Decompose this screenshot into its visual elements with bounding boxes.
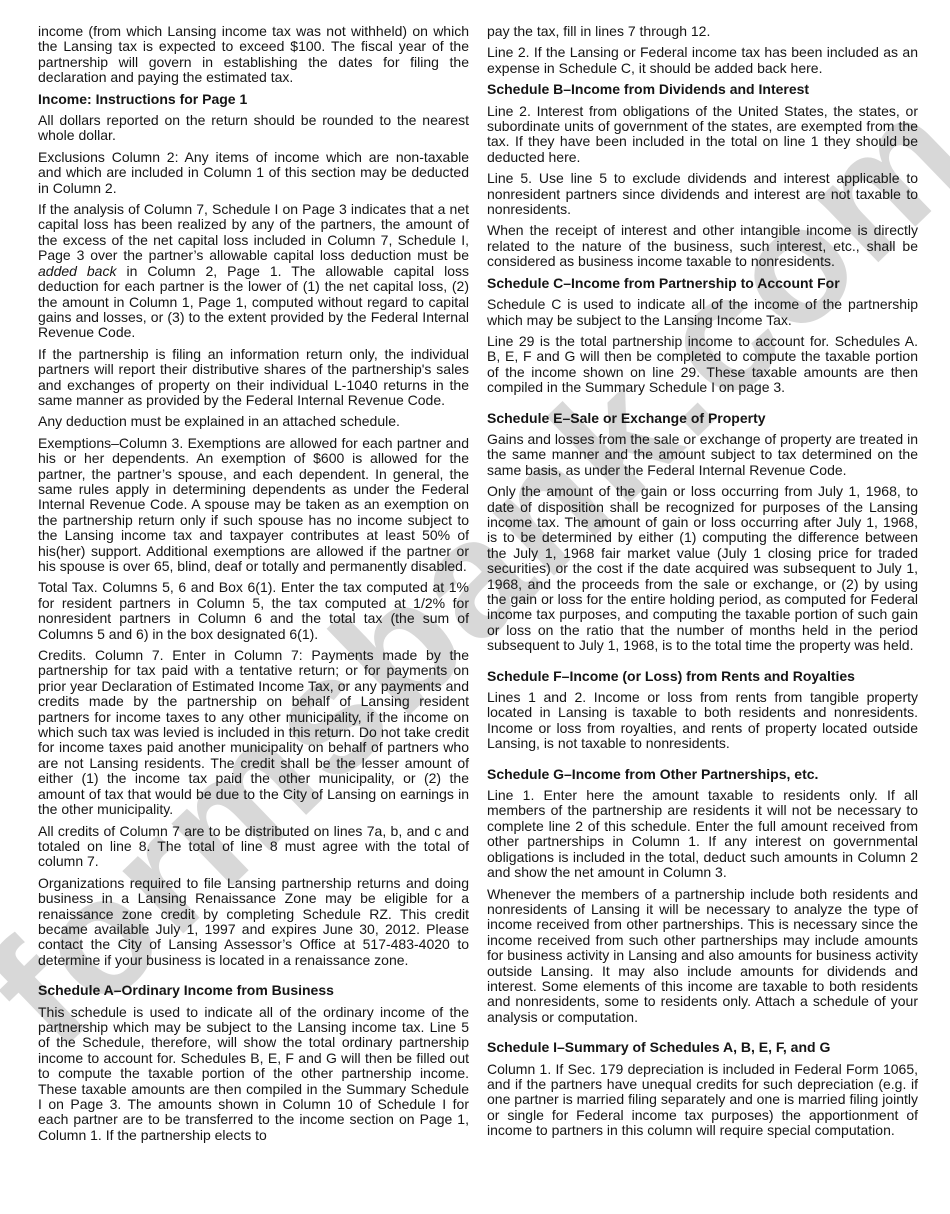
paragraph: Line 5. Use line 5 to exclude dividends …: [487, 171, 918, 217]
paragraph: All credits of Column 7 are to be distri…: [38, 824, 469, 870]
paragraph: If the analysis of Column 7, Schedule I …: [38, 202, 469, 341]
paragraph: Whenever the members of a partnership in…: [487, 887, 918, 1026]
paragraph: This schedule is used to indicate all of…: [38, 1005, 469, 1144]
section-heading: Schedule I–Summary of Schedules A, B, E,…: [487, 1040, 918, 1055]
paragraph: Line 2. If the Lansing or Federal income…: [487, 45, 918, 76]
section-heading: Schedule G–Income from Other Partnership…: [487, 767, 918, 782]
paragraph: When the receipt of interest and other i…: [487, 223, 918, 269]
paragraph: Column 1. If Sec. 179 depreciation is in…: [487, 1062, 918, 1139]
paragraph: Total Tax. Columns 5, 6 and Box 6(1). En…: [38, 580, 469, 642]
document-page: formsbank.com income (from which Lansing…: [0, 0, 950, 1214]
paragraph: Lines 1 and 2. Income or loss from rents…: [487, 690, 918, 752]
paragraph: income (from which Lansing income tax wa…: [38, 24, 469, 86]
paragraph: If the partnership is filing an informat…: [38, 347, 469, 409]
paragraph: Line 2. Interest from obligations of the…: [487, 104, 918, 166]
paragraph: Organizations required to file Lansing p…: [38, 876, 469, 968]
paragraph: Credits. Column 7. Enter in Column 7: Pa…: [38, 648, 469, 817]
paragraph: Any deduction must be explained in an at…: [38, 414, 469, 429]
paragraph: Line 29 is the total partnership income …: [487, 334, 918, 396]
paragraph: Schedule C is used to indicate all of th…: [487, 297, 918, 328]
paragraph: Line 1. Enter here the amount taxable to…: [487, 788, 918, 880]
section-heading: Schedule A–Ordinary Income from Business: [38, 983, 469, 998]
two-column-text: income (from which Lansing income tax wa…: [38, 24, 918, 1149]
section-heading: Schedule F–Income (or Loss) from Rents a…: [487, 669, 918, 684]
paragraph: All dollars reported on the return shoul…: [38, 113, 469, 144]
paragraph: Exemptions–Column 3. Exemptions are allo…: [38, 436, 469, 575]
paragraph: pay the tax, fill in lines 7 through 12.: [487, 24, 918, 39]
left-column: income (from which Lansing income tax wa…: [38, 24, 469, 1149]
section-heading: Income: Instructions for Page 1: [38, 92, 469, 107]
section-heading: Schedule C–Income from Partnership to Ac…: [487, 276, 918, 291]
paragraph: Only the amount of the gain or loss occu…: [487, 484, 918, 653]
section-heading: Schedule E–Sale or Exchange of Property: [487, 411, 918, 426]
paragraph: Gains and losses from the sale or exchan…: [487, 432, 918, 478]
section-heading: Schedule B–Income from Dividends and Int…: [487, 82, 918, 97]
paragraph: Exclusions Column 2: Any items of income…: [38, 150, 469, 196]
right-column: pay the tax, fill in lines 7 through 12.…: [487, 24, 918, 1149]
